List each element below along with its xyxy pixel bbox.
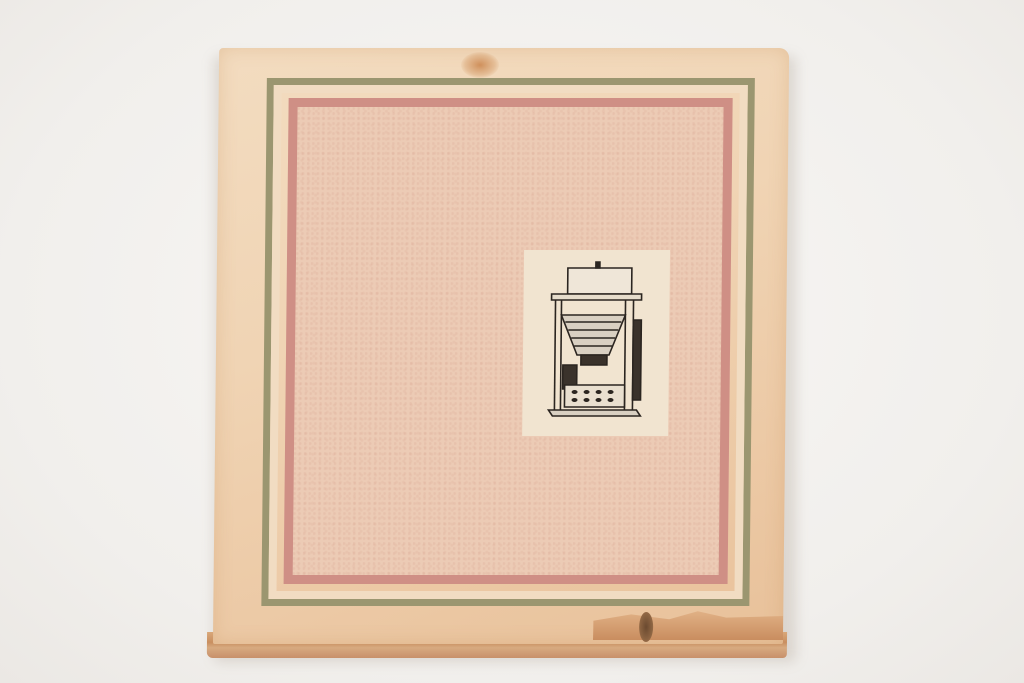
outer-green-border bbox=[261, 78, 755, 606]
inner-red-border bbox=[284, 98, 733, 584]
booklet bbox=[207, 48, 797, 658]
machine-illustration-icon bbox=[544, 260, 650, 420]
water-stain bbox=[461, 52, 499, 78]
illustration-panel bbox=[522, 250, 670, 436]
torn-edge bbox=[593, 608, 783, 640]
booklet-cover bbox=[213, 48, 789, 644]
